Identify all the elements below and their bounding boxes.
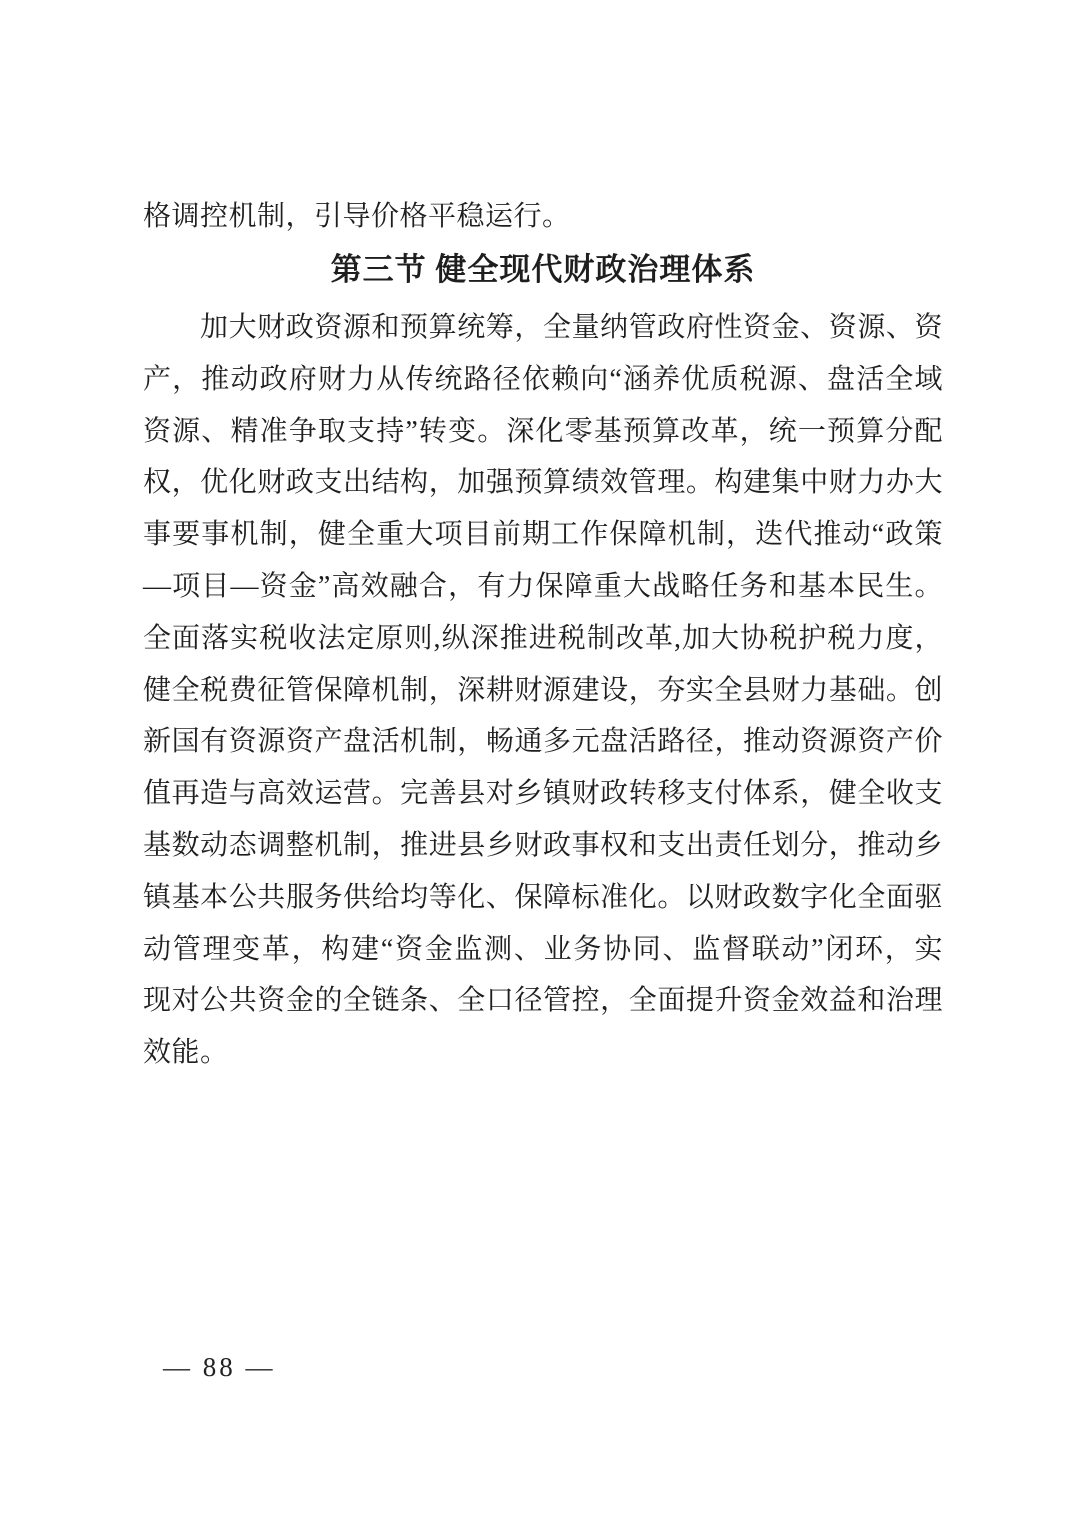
paragraph-line: 权，优化财政支出结构，加强预算绩效管理。构建集中财力办大 [143,457,943,509]
paragraph-line: 动管理变革，构建“资金监测、业务协同、监督联动”闭环，实 [143,924,943,976]
document-page: 格调控机制，引导价格平稳运行。 第三节 健全现代财政治理体系 加大财政资源和预算… [0,0,1074,1520]
paragraph-line: 新国有资源资产盘活机制，畅通多元盘活路径，推动资源资产价 [143,716,943,768]
page-number: — 88 — [163,1352,276,1383]
paragraph-line: 事要事机制，健全重大项目前期工作保障机制，迭代推动“政策 [143,509,943,561]
paragraph-line: 全面落实税收法定原则,纵深推进税制改革,加大协税护税力度， [143,613,943,665]
paragraph-line: 资源、精准争取支持”转变。深化零基预算改革，统一预算分配 [143,406,943,458]
paragraph-line: 产，推动政府财力从传统路径依赖向“涵养优质税源、盘活全域 [143,354,943,406]
paragraph-line: 加大财政资源和预算统筹，全量纳管政府性资金、资源、资 [143,302,943,354]
paragraph-line: 值再造与高效运营。完善县对乡镇财政转移支付体系，健全收支 [143,768,943,820]
paragraph-line: 基数动态调整机制，推进县乡财政事权和支出责任划分，推动乡 [143,820,943,872]
body-paragraph: 加大财政资源和预算统筹，全量纳管政府性资金、资源、资产，推动政府财力从传统路径依… [143,302,943,1079]
paragraph-line: —项目—资金”高效融合，有力保障重大战略任务和基本民生。 [143,561,943,613]
section-heading: 第三节 健全现代财政治理体系 [143,250,943,290]
paragraph-line: 健全税费征管保障机制，深耕财源建设，夯实全县财力基础。创 [143,665,943,717]
paragraph-line: 镇基本公共服务供给均等化、保障标准化。以财政数字化全面驱 [143,872,943,924]
continuation-line: 格调控机制，引导价格平稳运行。 [143,200,943,234]
paragraph-line: 效能。 [143,1027,943,1079]
paragraph-line: 现对公共资金的全链条、全口径管控，全面提升资金效益和治理 [143,975,943,1027]
